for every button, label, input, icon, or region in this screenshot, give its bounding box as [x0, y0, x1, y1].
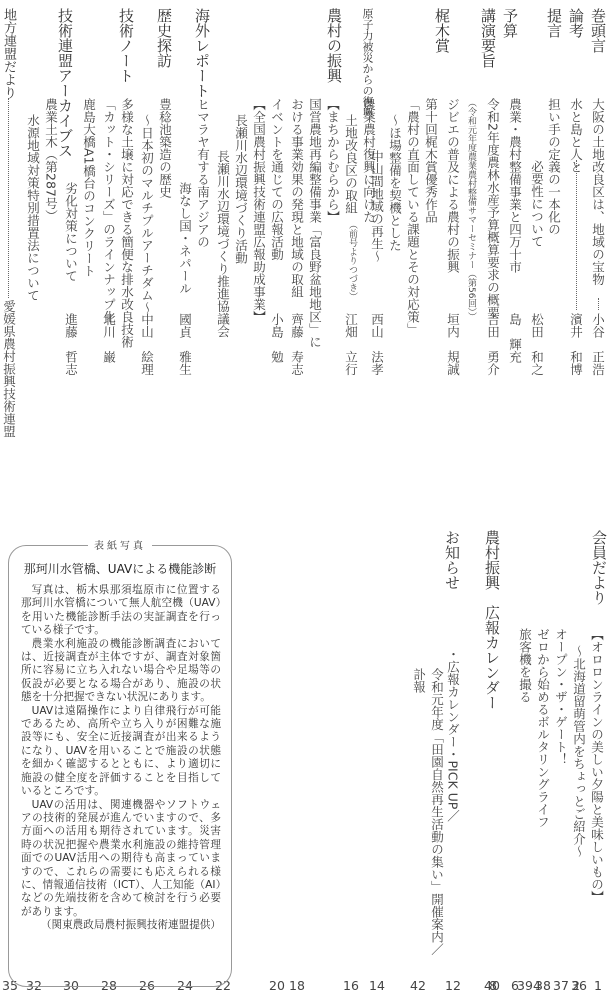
page-number: 14	[369, 980, 385, 993]
cover-label: 表紙写真	[88, 541, 152, 552]
page-number: 40	[484, 980, 500, 993]
toc-entry-author: 吉田 勇介	[486, 313, 499, 376]
page-number: 36	[571, 980, 587, 993]
section-label: 巻頭言	[590, 8, 605, 53]
toc-entry-subtitle: 水源地域対策特別措置法について	[26, 114, 39, 302]
toc-entry-subtitle: 劣化対策について	[64, 182, 77, 282]
leader-dots	[598, 298, 599, 310]
toc-entry-title[interactable]: 【オロロンラインの美しい夕陽と美味しいもの】	[590, 628, 603, 903]
section-label: 地方連盟だより	[2, 8, 15, 99]
page-number: 38	[535, 980, 551, 993]
section-label: 講演要旨	[480, 8, 495, 68]
toc-entry-author: 島 輝充	[508, 313, 521, 363]
toc-entry-author: 垣内 規誠	[446, 313, 459, 376]
section-label: 歴史探訪	[156, 8, 171, 68]
section-label: 技術ノート	[118, 8, 133, 83]
toc-entry-subtitle[interactable]: 長瀬川水辺環境づくり活動	[234, 114, 247, 264]
page-number: 20	[269, 980, 285, 993]
toc-entry-author: 江畑 立行	[344, 313, 357, 376]
toc-entry-author: 國貞 雅生	[178, 313, 191, 376]
toc-entry-title[interactable]: ・広報カレンダー・PICK UP／	[446, 648, 459, 822]
section-label: 論考	[568, 8, 583, 38]
cover-body: 写真は、栃木県那須塩原市に位置する那珂川水管橋について無人航空機（UAV）を用い…	[21, 584, 221, 933]
toc-entry-title[interactable]: 令和2年度農林水産予算概算要求の概要	[486, 98, 499, 318]
toc-entry-subtitle: 海なし国・ネパール	[178, 182, 191, 295]
toc-entry-subtitle: おける事業効果の発現と地域の取組	[290, 98, 303, 298]
cover-paragraph: UAVの活用は、関連機器やソフトウェアの技術的発展が進んでいますので、多方面への…	[21, 799, 221, 920]
page-number: 18	[289, 980, 305, 993]
toc-entry-subtitle: 令和元年度「田園自然再生活動の集い」開催案内／	[430, 668, 443, 956]
toc-entry-subtitle: 訃報	[412, 668, 425, 693]
cover-paragraph: 写真は、栃木県那須塩原市に位置する那珂川水管橋について無人航空機（UAV）を用い…	[21, 584, 221, 638]
toc-entry-title[interactable]: オープン・ザ・ゲート！	[554, 628, 567, 766]
toc-entry-title[interactable]: 旅客機を撮る	[518, 628, 531, 703]
toc-entry-author: 中山 絵理	[140, 313, 153, 376]
toc-entry-author: 小島 勉	[270, 313, 283, 363]
toc-entry-title: 【全国農村振興技術連盟広報助成事業】	[252, 98, 265, 323]
toc-entry-title[interactable]: ジビエの普及による農村の振興	[446, 98, 459, 273]
page-number: 16	[343, 980, 359, 993]
toc-entry-author: 西山 法孝	[370, 313, 383, 376]
section-label: 梶木賞	[434, 8, 449, 53]
section-label: 農村の振興	[326, 8, 341, 83]
toc-entry-subtitle: 土地改良区の取組	[344, 114, 357, 214]
page-number: 37	[553, 980, 569, 993]
page-number: 12	[445, 980, 461, 993]
toc-entry-subtitle[interactable]: 国営農地再編整備事業「富良野盆地地区」に	[308, 98, 321, 348]
toc-entry-author: 愛媛県農村振興技術連盟	[2, 300, 15, 438]
toc-entry-author: 齊藤 寿志	[290, 313, 303, 376]
toc-entry-subtitle: 長瀬川水辺環境づくり推進協議会	[216, 150, 229, 338]
page-number: 39	[517, 980, 533, 993]
leader-dots	[8, 98, 9, 298]
toc-entry-note: （令和元年度農業農村整備サマーセミナー（第56回））	[466, 98, 475, 321]
section-label: 会員だより	[591, 530, 606, 605]
toc-entry-author: 松田 和之	[530, 313, 543, 376]
toc-entry-title[interactable]: 農業農村復興に向けた	[362, 98, 375, 223]
cover-paragraph: UAVは遠隔操作により自律飛行が可能であるため、高所や立ち入りが困難な施設等にも…	[21, 705, 221, 799]
section-label: 提言	[546, 8, 561, 38]
cover-title: 那珂川水管橋、UAVによる機能診断	[9, 560, 231, 577]
toc-entry-subtitle: 必要性について	[530, 160, 543, 248]
toc-entry-author: 進藤 哲志	[64, 313, 77, 376]
toc-entry-author: 小谷 正浩	[591, 313, 604, 376]
toc-entry-title[interactable]: 大阪の土地改良区は、地域の宝物	[591, 98, 604, 286]
toc-entry-title[interactable]: 担い手の定義の一本化の	[547, 98, 560, 236]
toc-entry-author: 濱井 和博	[569, 313, 582, 376]
toc-entry-title[interactable]: 第十回梶木賞優秀作品	[424, 98, 437, 223]
toc-entry-author: 北川 巌	[102, 313, 115, 363]
toc-entry-title: 【まちからむらから】	[326, 98, 339, 223]
toc-entry-subtitle: ～北海道留萌管内をちょっとご紹介～	[572, 645, 585, 858]
page-number: 42	[410, 980, 426, 993]
toc-entry-title[interactable]: イベントを通じての広報活動	[270, 98, 283, 261]
toc-entry-title[interactable]: 豊稔池築造の歴史	[158, 98, 171, 198]
toc-entry-title[interactable]: 多様な土壌に対応できる簡便な排水改良技術	[120, 98, 133, 348]
toc-entry-title[interactable]: 農業・農村整備事業と四万十市	[508, 98, 521, 273]
toc-entry-subtitle: ～日本初のマルチプルアーチダム～	[140, 114, 153, 314]
leader-dots	[576, 160, 577, 310]
page-number: 1	[590, 980, 606, 993]
toc-entry-subtitle: ～ほ場整備を契機とした	[388, 114, 401, 252]
toc-entry-subtitle: 「カット・シリーズ」のラインナップ化	[102, 98, 115, 323]
toc-entry-title[interactable]: 鹿島大橋A1橋台のコンクリート	[82, 98, 95, 277]
toc-entry-note: （前号よりつづき）	[347, 220, 356, 301]
toc-entry-subtitle: 「農村の直面している課題とその対応策」	[406, 98, 419, 336]
cover-paragraph: 農業水利施設の機能診断調査においては、近接調査が主体ですが、調査対象箇所に容易に…	[21, 638, 221, 705]
cover-photo-box: 表紙写真 那珂川水管橋、UAVによる機能診断 写真は、栃木県那須塩原市に位置する…	[8, 545, 232, 987]
section-label: お知らせ	[444, 530, 459, 590]
toc-entry-title[interactable]: ヒマラヤ有する南アジアの	[196, 98, 209, 248]
toc-entry-title[interactable]: ゼロから始めるボルタリングライフ	[536, 628, 549, 828]
cover-credit: （関東農政局農村振興技術連盟提供）	[21, 919, 221, 932]
toc-entry-title[interactable]: 農業土木（第287号）	[44, 98, 57, 222]
section-label: 農村振興 広報カレンダー	[484, 530, 499, 710]
section-label: 予算	[502, 8, 517, 38]
section-label: 海外レポート	[194, 8, 209, 98]
